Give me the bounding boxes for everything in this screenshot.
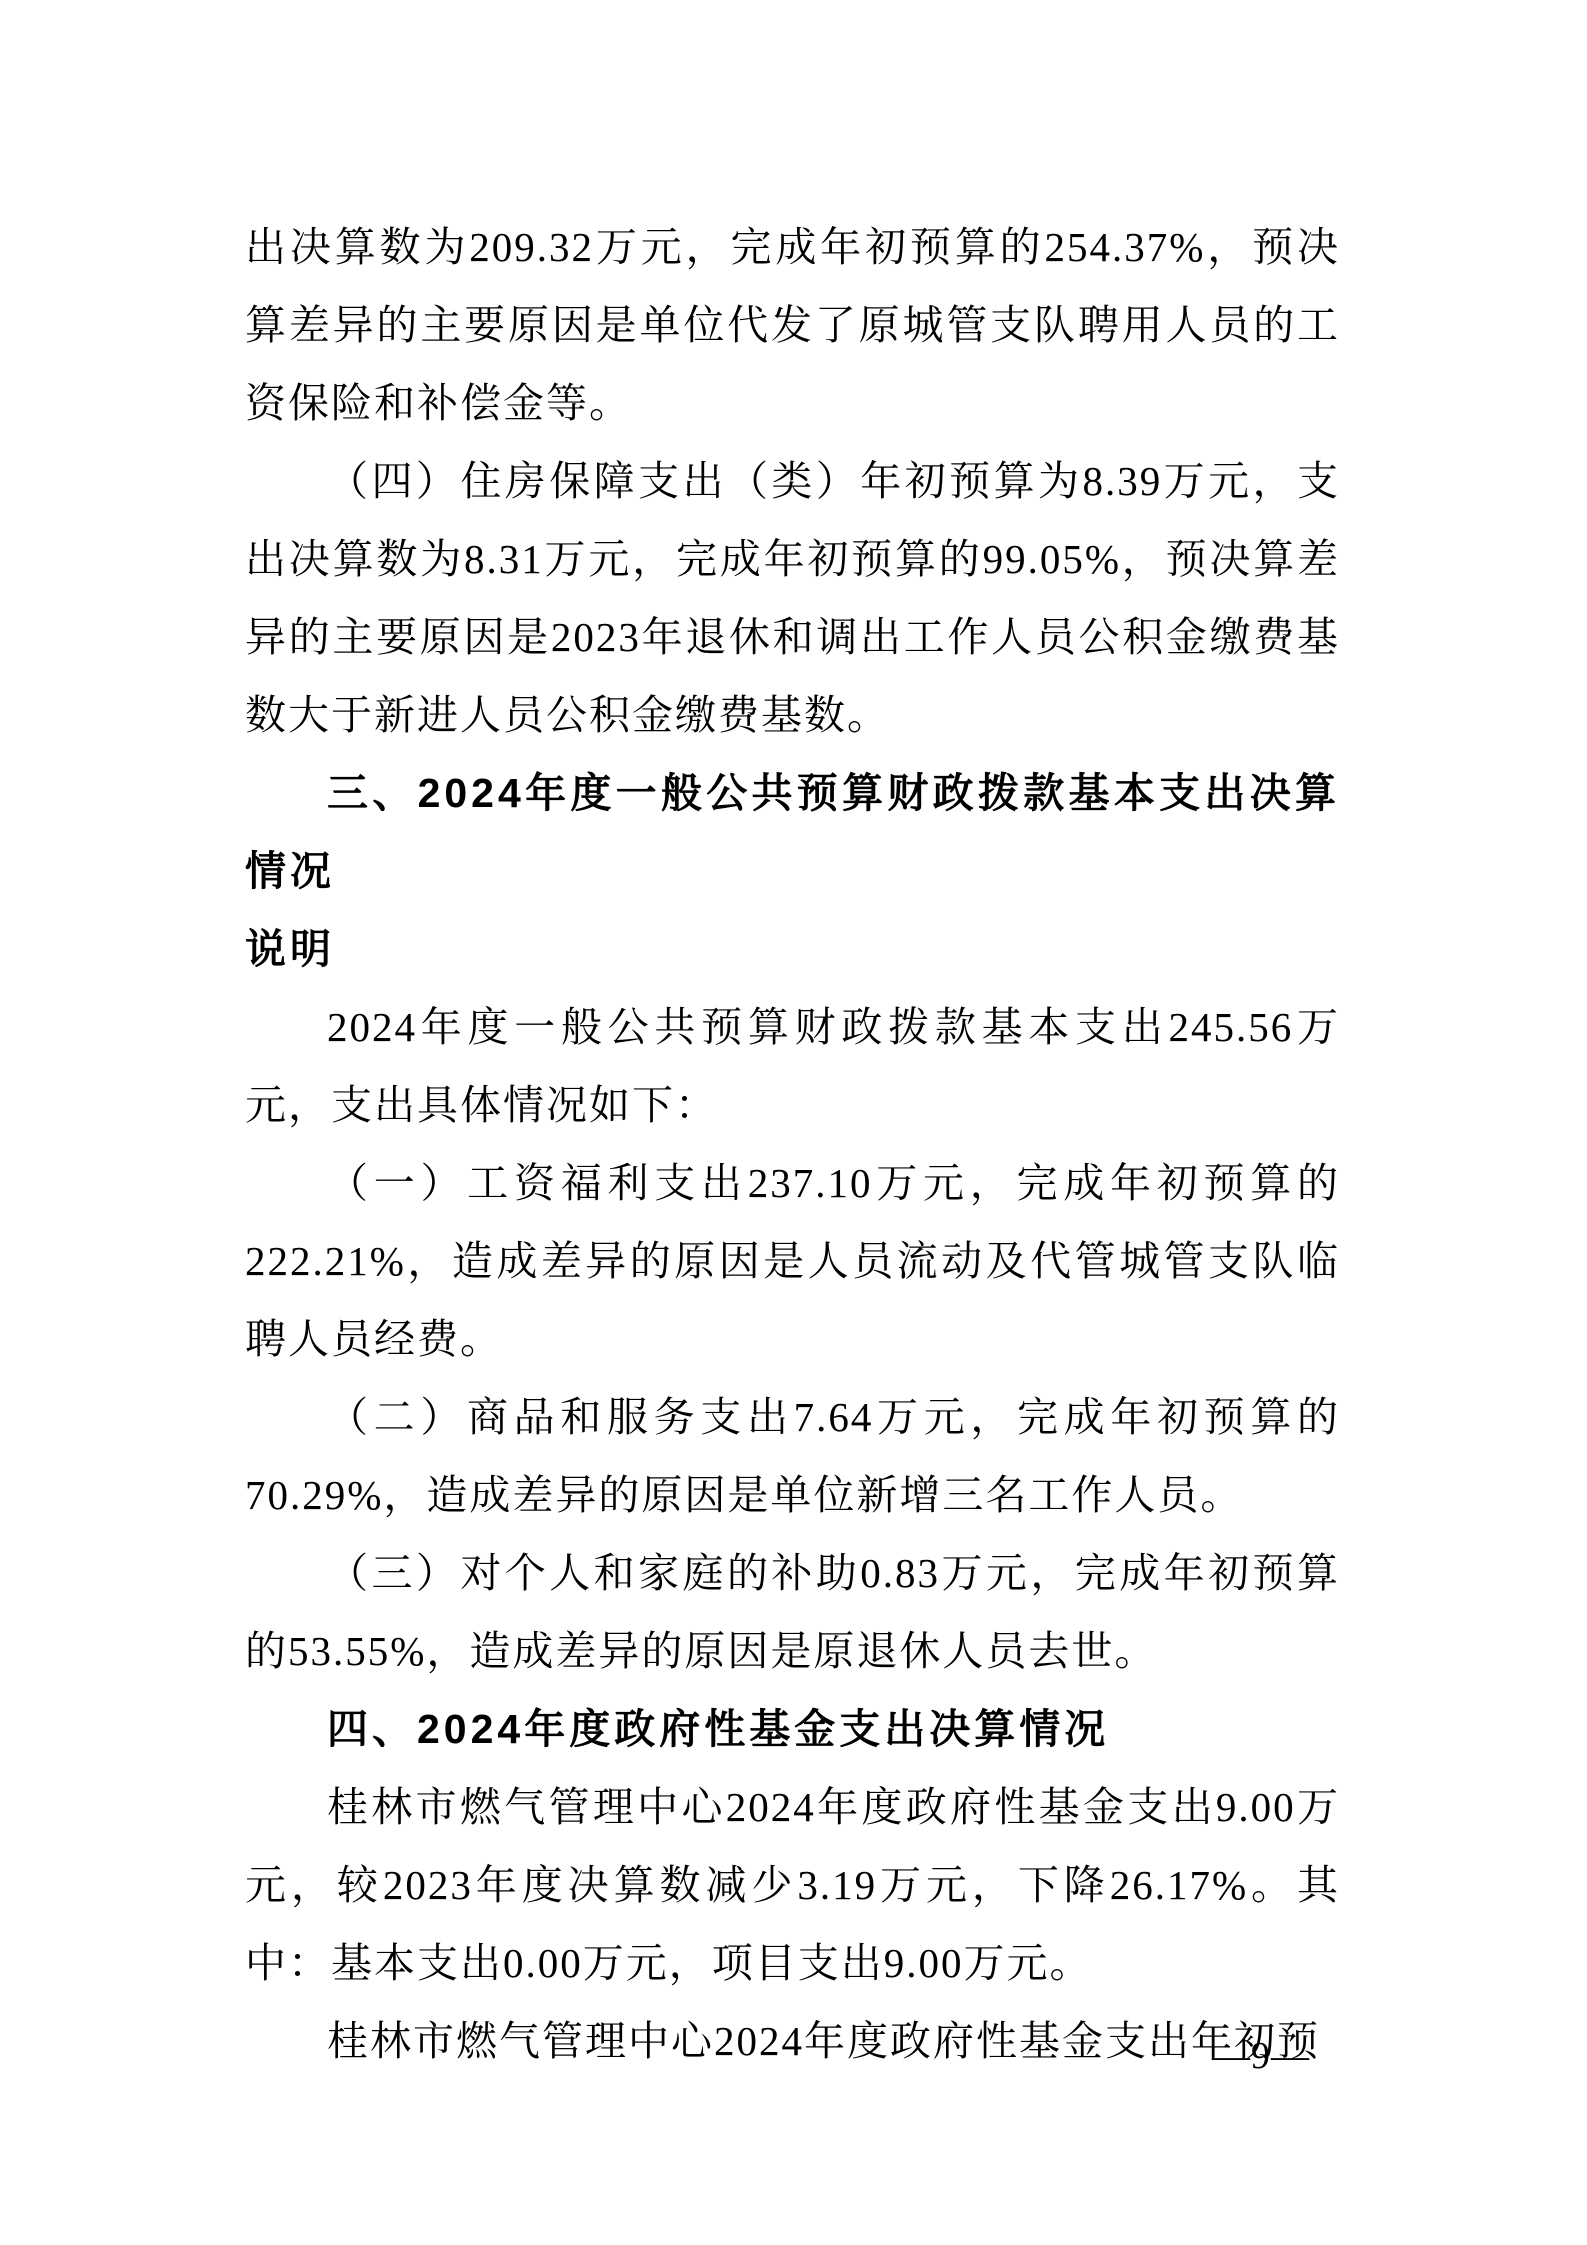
document-body: 出决算数为209.32万元，完成年初预算的254.37%，预决算差异的主要原因是…	[245, 208, 1340, 2080]
paragraph-item-1-wages: （一）工资福利支出237.10万元，完成年初预算的222.21%，造成差异的原因…	[245, 1144, 1340, 1378]
section-heading-4: 四、2024年度政府性基金支出决算情况	[245, 1690, 1340, 1768]
paragraph-continuation: 出决算数为209.32万元，完成年初预算的254.37%，预决算差异的主要原因是…	[245, 208, 1340, 442]
paragraph-basic-expenditure-total: 2024年度一般公共预算财政拨款基本支出245.56万元，支出具体情况如下：	[245, 988, 1340, 1144]
document-page: 出决算数为209.32万元，完成年初预算的254.37%，预决算差异的主要原因是…	[0, 0, 1587, 2245]
page-number: —9—	[1212, 2036, 1310, 2078]
paragraph-government-fund: 桂林市燃气管理中心2024年度政府性基金支出9.00万元，较2023年度决算数减…	[245, 1768, 1340, 2002]
paragraph-government-fund-budget-cutoff: 桂林市燃气管理中心2024年度政府性基金支出年初预	[245, 2002, 1340, 2080]
paragraph-item-4-housing: （四）住房保障支出（类）年初预算为8.39万元，支出决算数为8.31万元，完成年…	[245, 442, 1340, 754]
paragraph-item-2-goods-services: （二）商品和服务支出7.64万元，完成年初预算的70.29%，造成差异的原因是单…	[245, 1378, 1340, 1534]
paragraph-item-3-subsidies: （三）对个人和家庭的补助0.83万元，完成年初预算的53.55%，造成差异的原因…	[245, 1534, 1340, 1690]
heading-line: 说明	[245, 926, 335, 972]
heading-line: 三、2024年度一般公共预算财政拨款基本支出决算情况	[245, 770, 1340, 894]
section-heading-3: 三、2024年度一般公共预算财政拨款基本支出决算情况说明	[245, 754, 1340, 988]
